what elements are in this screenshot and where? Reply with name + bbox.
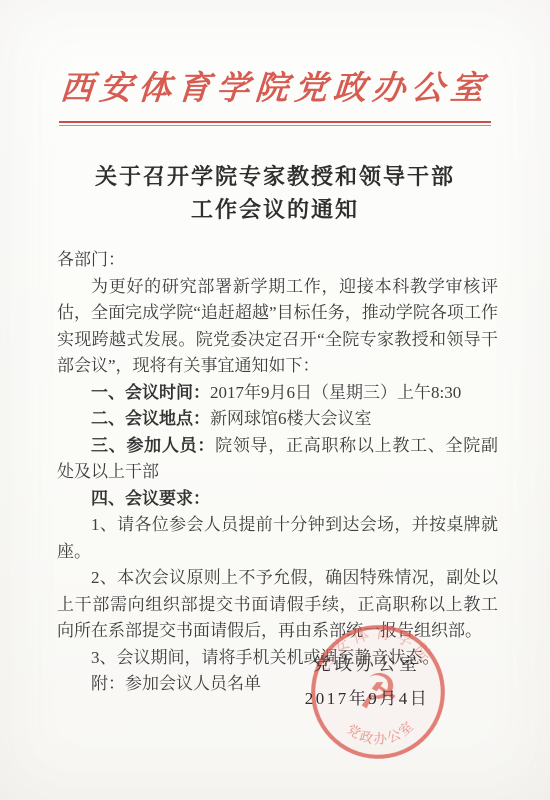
meeting-time-line: 一、会议时间：2017年9月6日（星期三）上午8:30 — [57, 380, 498, 407]
meeting-time-value: 2017年9月6日（星期三）上午8:30 — [210, 383, 461, 402]
document-title-line1: 关于召开学院专家教授和领导干部 — [95, 164, 455, 189]
meeting-place-line: 二、会议地点：新网球馆6楼大会议室 — [57, 406, 498, 433]
letterhead-divider-rule — [59, 121, 491, 126]
attendees-line: 三、参加人员：院领导，正高职称以上教工、全院副处及以上干部 — [57, 433, 498, 486]
meeting-place-label: 二、会议地点： — [91, 409, 210, 428]
meeting-place-value: 新网球馆6楼大会议室 — [210, 409, 372, 428]
document-title-line2: 工作会议的通知 — [191, 197, 359, 222]
requirements-heading-line: 四、会议要求： — [57, 486, 498, 513]
meeting-time-label: 一、会议时间： — [91, 383, 210, 402]
requirements-label: 四、会议要求： — [91, 489, 210, 508]
signature-office: 党政办公室 — [272, 651, 462, 676]
signature-date: 2017年9月4日 — [272, 684, 462, 709]
document-title: 关于召开学院专家教授和领导干部 工作会议的通知 — [0, 160, 550, 226]
signature-block: 党政办公室 2017年9月4日 — [272, 651, 462, 709]
requirement-item-1: 1、请各位参会人员提前十分钟到达会场，并按桌牌就座。 — [57, 512, 498, 565]
intro-paragraph: 为更好的研究部署新学期工作，迎接本科教学审核评估，全面完成学院“追赶超越”目标任… — [57, 274, 498, 380]
attendees-label: 三、参加人员： — [91, 436, 215, 455]
letterhead-office-name: 西安体育学院党政办公室 — [0, 62, 550, 109]
salutation: 各部门： — [57, 247, 498, 274]
scanned-notice-document: 西安体育学院党政办公室 关于召开学院专家教授和领导干部 工作会议的通知 各部门：… — [0, 0, 550, 800]
